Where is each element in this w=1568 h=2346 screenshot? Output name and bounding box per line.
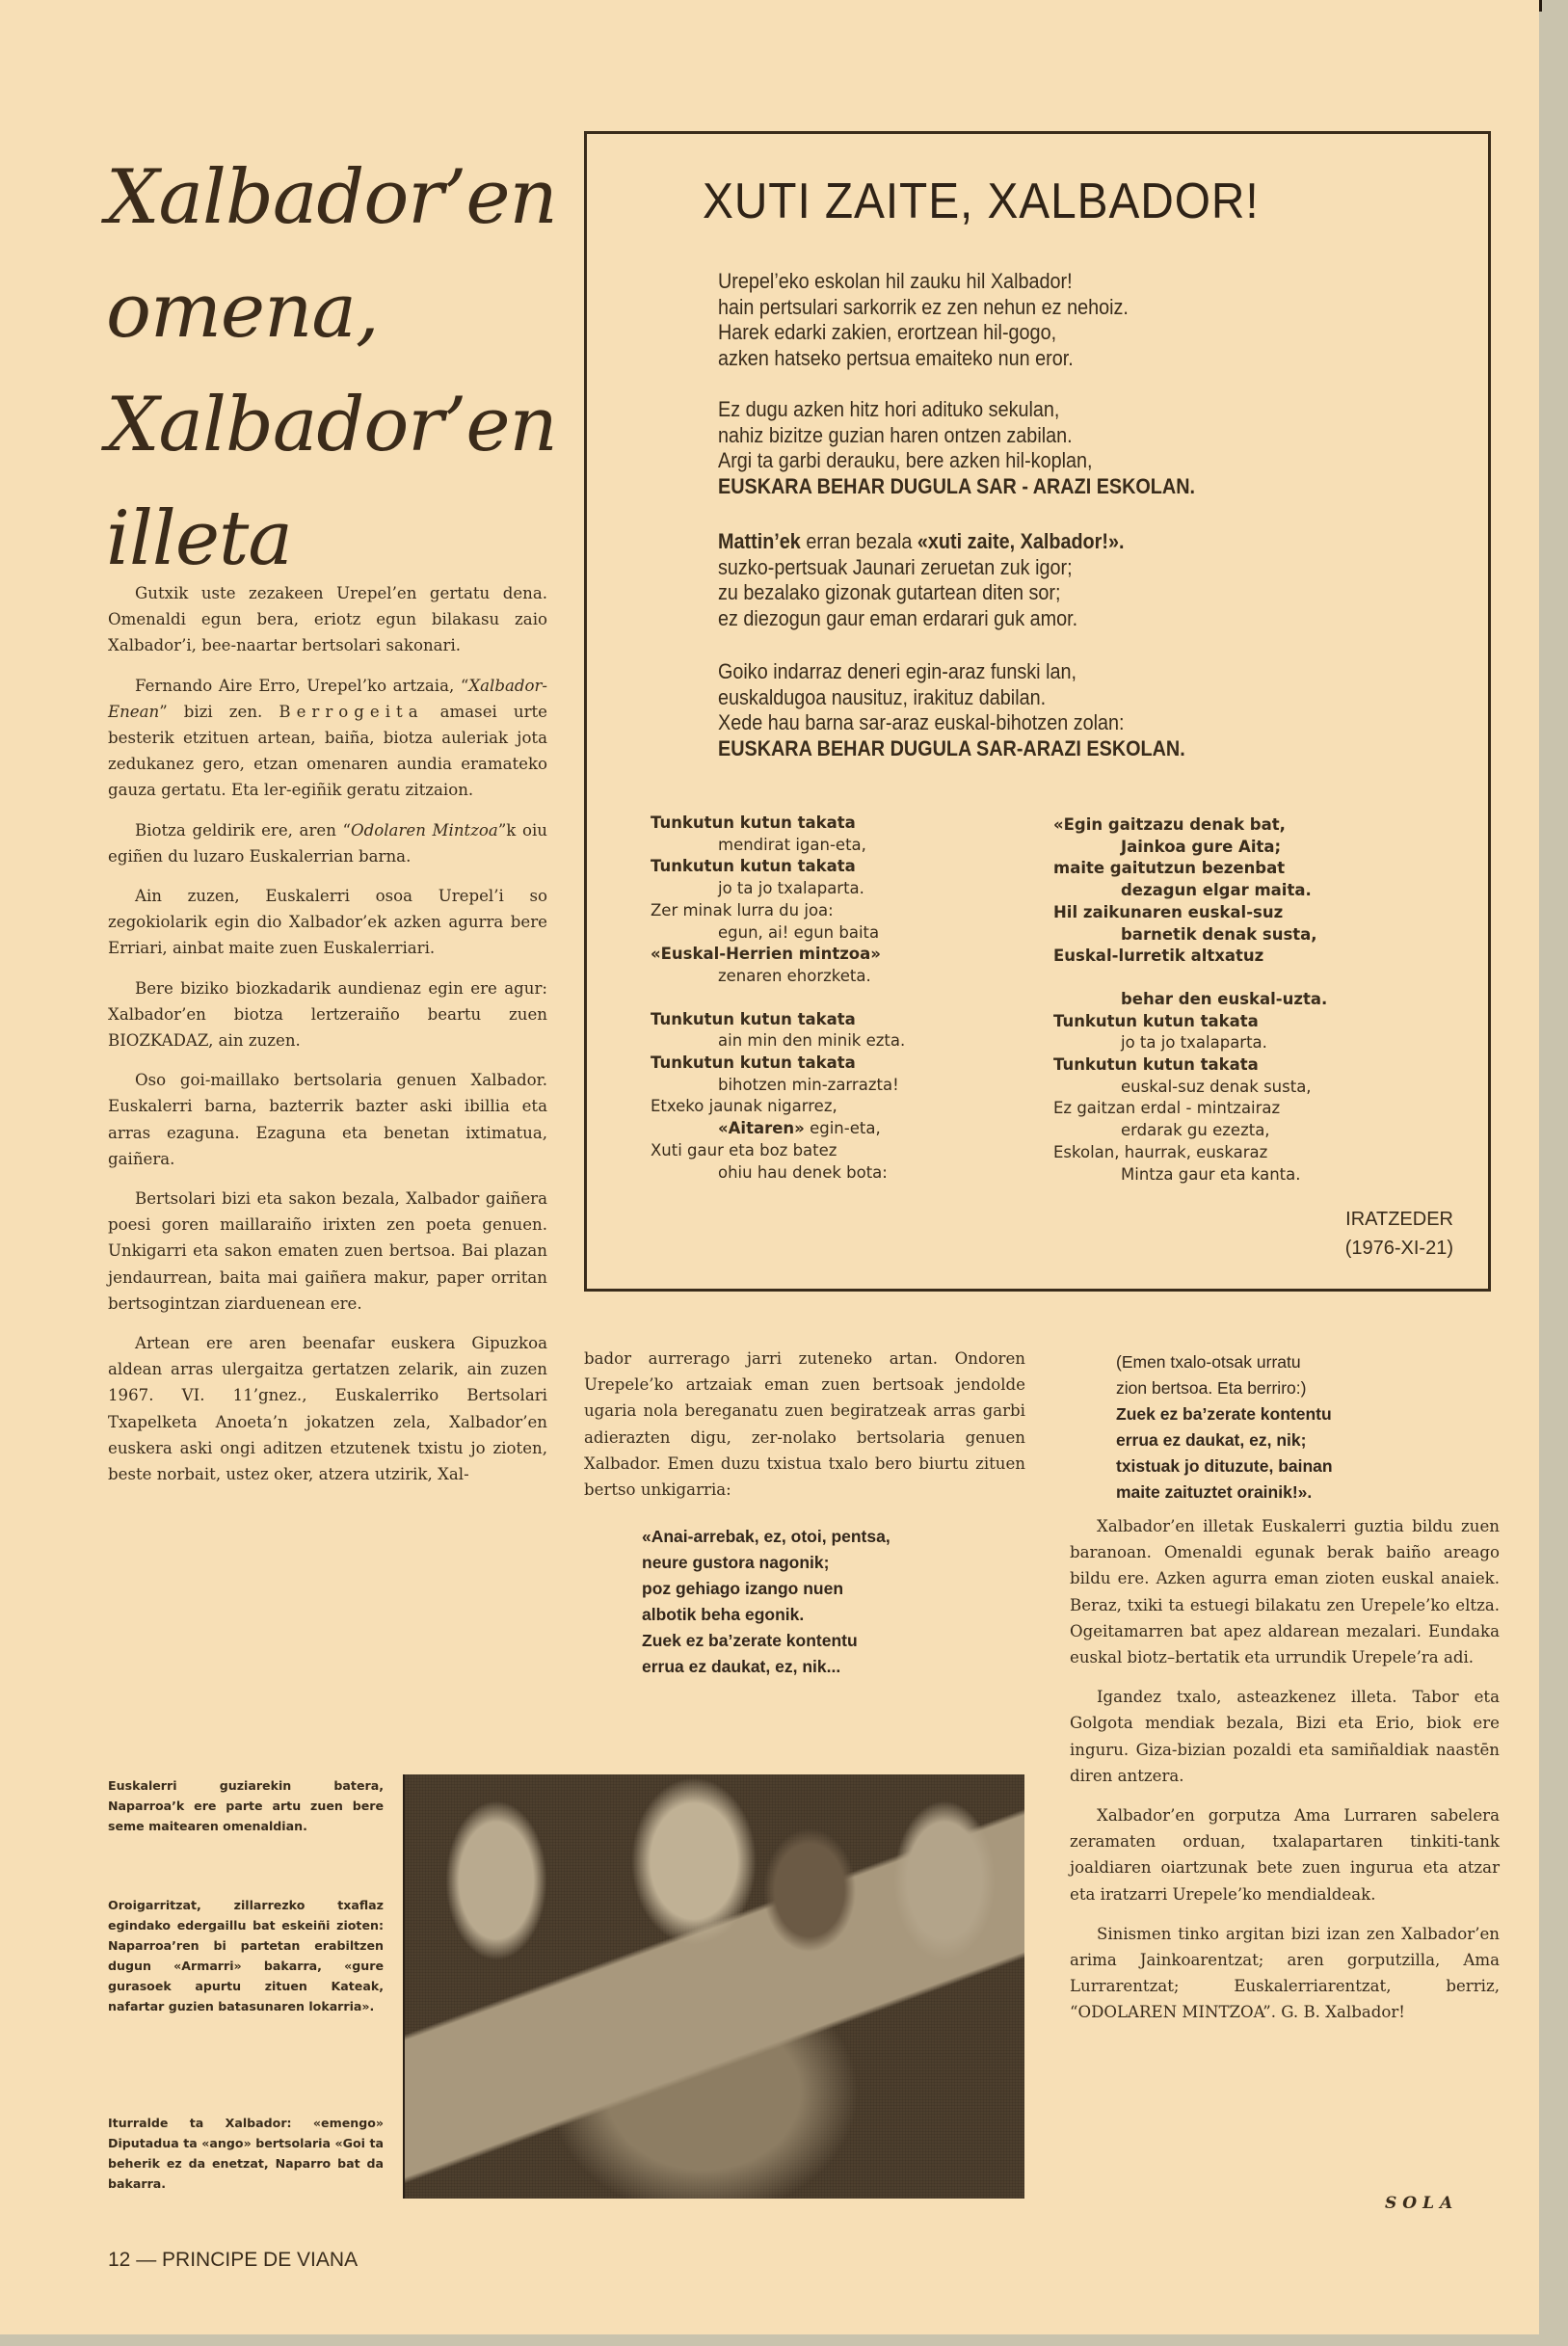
verse-line: Zuek ez ba’zerate kontentu <box>1116 1401 1500 1427</box>
song-line: Tunkutun kutun takata <box>1053 1054 1327 1077</box>
title-line: Xalbador’en <box>106 141 569 254</box>
poem-line: euskaldugoa nausituz, irakituz dabilan. <box>718 685 1185 711</box>
paragraph: Bertsolari bizi eta sakon bezala, Xalbad… <box>108 1186 547 1317</box>
poem-stanza: Urepel’eko eskolan hil zauku hil Xalbado… <box>718 269 1129 371</box>
paragraph: Xalbador’en illetak Euskalerri guztia bi… <box>1070 1513 1500 1670</box>
poem-line: suzko-pertsuak Jaunari zeruetan zuk igor… <box>718 555 1124 581</box>
page-footer: 12 — PRINCIPE DE VIANA <box>108 2249 358 2272</box>
quoted-verse: «Anai-arrebak, ez, otoi, pentsa, neure g… <box>642 1524 1025 1680</box>
verse-line: albotik beha egonik. <box>642 1602 1025 1628</box>
song-line: Euskal-lurretik altxatuz <box>1053 946 1327 968</box>
song-line: barnetik denak susta, <box>1053 924 1327 946</box>
halftone-photo <box>403 1774 1024 2199</box>
verse-line: errua ez daukat, ez, nik... <box>642 1654 1025 1680</box>
song-line: erdarak gu ezezta, <box>1053 1120 1327 1142</box>
article-author: SOLA <box>1385 2194 1458 2213</box>
poem-stanza: Goiko indarraz deneri egin-araz funski l… <box>718 659 1185 761</box>
song-line: maite gaitutzun bezenbat <box>1053 858 1327 880</box>
song-line: jo ta jo txalaparta. <box>651 878 905 900</box>
quoted-verse: Zuek ez ba’zerate kontentu errua ez dauk… <box>1116 1401 1500 1506</box>
right-column: (Emen txalo-otsak urratu zion bertsoa. E… <box>1070 1349 1500 2039</box>
song-line: Tunkutun kutun takata <box>651 813 905 835</box>
poem-date: (1976-XI-21) <box>1345 1234 1453 1263</box>
middle-column: bador aurrerago jarri zuteneko artan. On… <box>584 1346 1025 1680</box>
song-line: mendirat igan-eta, <box>651 835 905 857</box>
verse-line: maite zaituztet orainik!». <box>1116 1480 1500 1506</box>
song-line: zenaren ehorzketa. <box>651 966 905 988</box>
song-line: Tunkutun kutun takata <box>651 856 905 878</box>
poem-line: Argi ta garbi derauku, bere azken hil-ko… <box>718 448 1195 474</box>
poem-title: XUTI ZAITE, XALBADOR! <box>703 173 1260 230</box>
poem-line: Ez dugu azken hitz hori adituko sekulan, <box>718 397 1195 423</box>
poem-line: nahiz bizitze guzian haren ontzen zabila… <box>718 423 1195 449</box>
verse-line: «Anai-arrebak, ez, otoi, pentsa, <box>642 1524 1025 1550</box>
photo-caption: Oroigarritzat, zillarrezko txaflaz egind… <box>108 1895 384 2016</box>
verse-line: errua ez daukat, ez, nik; <box>1116 1427 1500 1453</box>
poem-stanza: Ez dugu azken hitz hori adituko sekulan,… <box>718 397 1195 499</box>
photo-caption: Iturralde ta Xalbador: «emengo» Diputadu… <box>108 2113 384 2194</box>
song-line: ain min den minik ezta. <box>651 1030 905 1053</box>
poem-stanza: Mattin’ek erran bezala «xuti zaite, Xalb… <box>718 529 1124 631</box>
song-line <box>1053 968 1327 989</box>
paragraph: Artean ere aren beenafar euskera Gipuzko… <box>108 1330 547 1487</box>
poem-box: XUTI ZAITE, XALBADOR! Urepel’eko eskolan… <box>584 131 1491 1292</box>
song-line: egun, ai! egun baita <box>651 922 905 945</box>
paragraph: Fernando Aire Erro, Urepel’ko artzaia, “… <box>108 673 547 804</box>
song-line <box>651 988 905 1009</box>
photo-caption: Euskalerri guziarekin batera, Naparroa’k… <box>108 1775 384 1836</box>
song-line: bihotzen min-zarrazta! <box>651 1075 905 1097</box>
song-line: Eskolan, haurrak, euskaraz <box>1053 1142 1327 1164</box>
verse-line: Zuek ez ba’zerate kontentu <box>642 1628 1025 1654</box>
song-line: Xuti gaur eta boz batez <box>651 1140 905 1162</box>
magazine-page: Xalbador’en omena, Xalbador’en illeta Gu… <box>0 0 1539 2334</box>
verse-line: txistuak jo dituzute, bainan <box>1116 1453 1500 1480</box>
title-line: Xalbador’en <box>106 368 569 482</box>
poem-line: EUSKARA BEHAR DUGULA SAR-ARAZI ESKOLAN. <box>718 736 1185 762</box>
paragraph: Xalbador’en gorputza Ama Lurraren sabele… <box>1070 1802 1500 1907</box>
poem-line: Harek edarki zakien, erortzean hil-gogo, <box>718 320 1129 346</box>
song-line: dezagun elgar maita. <box>1053 880 1327 902</box>
verse-line: poz gehiago izango nuen <box>642 1576 1025 1602</box>
song-line: «Euskal-Herrien mintzoa» <box>651 944 905 966</box>
poem-line: hain pertsulari sarkorrik ez zen nehun e… <box>718 295 1129 321</box>
song-line: Tunkutun kutun takata <box>651 1009 905 1031</box>
poet-name: IRATZEDER <box>1345 1205 1453 1234</box>
paragraph: Igandez txalo, asteazkenez illeta. Tabor… <box>1070 1684 1500 1789</box>
poem-line: Xede hau barna sar-araz euskal-bihotzen … <box>718 710 1185 736</box>
poem-line: azken hatseko pertsua emaiteko nun eror. <box>718 346 1129 372</box>
verse-line: neure gustora nagonik; <box>642 1550 1025 1576</box>
poem-line: Goiko indarraz deneri egin-araz funski l… <box>718 659 1185 685</box>
song-line: ohiu hau denek bota: <box>651 1162 905 1185</box>
song-line: euskal-suz denak susta, <box>1053 1077 1327 1099</box>
song-line: Hil zaikunaren euskal-suz <box>1053 902 1327 924</box>
song-line: Etxeko jaunak nigarrez, <box>651 1096 905 1118</box>
song-line: behar den euskal-uzta. <box>1053 989 1327 1011</box>
poem-signature: IRATZEDER (1976-XI-21) <box>1345 1205 1453 1263</box>
song-line: Jainkoa gure Aita; <box>1053 837 1327 859</box>
song-line: Tunkutun kutun takata <box>1053 1011 1327 1033</box>
paragraph: Gutxik uste zezakeen Urepel’en gertatu d… <box>108 580 547 659</box>
paragraph: Biotza geldirik ere, aren “Odolaren Mint… <box>108 817 547 869</box>
title-line: omena, <box>106 254 569 368</box>
song-right-column: «Egin gaitzazu denak bat,Jainkoa gure Ai… <box>1053 814 1327 1186</box>
song-left-column: Tunkutun kutun takatamendirat igan-eta,T… <box>651 813 905 1184</box>
article-title: Xalbador’en omena, Xalbador’en illeta <box>106 141 569 596</box>
title-line: illeta <box>106 482 569 596</box>
left-column: Gutxik uste zezakeen Urepel’en gertatu d… <box>108 580 547 1501</box>
song-line: jo ta jo txalaparta. <box>1053 1032 1327 1054</box>
song-line: «Egin gaitzazu denak bat, <box>1053 814 1327 837</box>
song-line: Zer minak lurra du joa: <box>651 900 905 922</box>
paragraph: Sinismen tinko argitan bizi izan zen Xal… <box>1070 1921 1500 2026</box>
song-line: Mintza gaur eta kanta. <box>1053 1164 1327 1186</box>
paragraph: Bere biziko biozkadarik aundienaz egin e… <box>108 975 547 1054</box>
aside-line: (Emen txalo-otsak urratu <box>1116 1349 1500 1375</box>
poem-line: ez diezogun gaur eman erdarari guk amor. <box>718 606 1124 632</box>
paragraph: Ain zuzen, Euskalerri osoa Urepel’i so z… <box>108 883 547 962</box>
poem-line: zu bezalako gizonak gutartean diten sor; <box>718 580 1124 606</box>
poem-line: Urepel’eko eskolan hil zauku hil Xalbado… <box>718 269 1129 295</box>
song-line: «Aitaren» egin-eta, <box>651 1118 905 1140</box>
poem-line: EUSKARA BEHAR DUGULA SAR - ARAZI ESKOLAN… <box>718 474 1195 500</box>
poem-line: Mattin’ek erran bezala «xuti zaite, Xalb… <box>718 529 1124 555</box>
song-line: Ez gaitzan erdal - mintzairaz <box>1053 1098 1327 1120</box>
song-line: Tunkutun kutun takata <box>651 1053 905 1075</box>
paragraph: Oso goi-maillako bertsolaria genuen Xalb… <box>108 1067 547 1172</box>
paragraph: bador aurrerago jarri zuteneko artan. On… <box>584 1346 1025 1503</box>
aside-line: zion bertsoa. Eta berriro:) <box>1116 1375 1500 1401</box>
aside-note: (Emen txalo-otsak urratu zion bertsoa. E… <box>1116 1349 1500 1401</box>
